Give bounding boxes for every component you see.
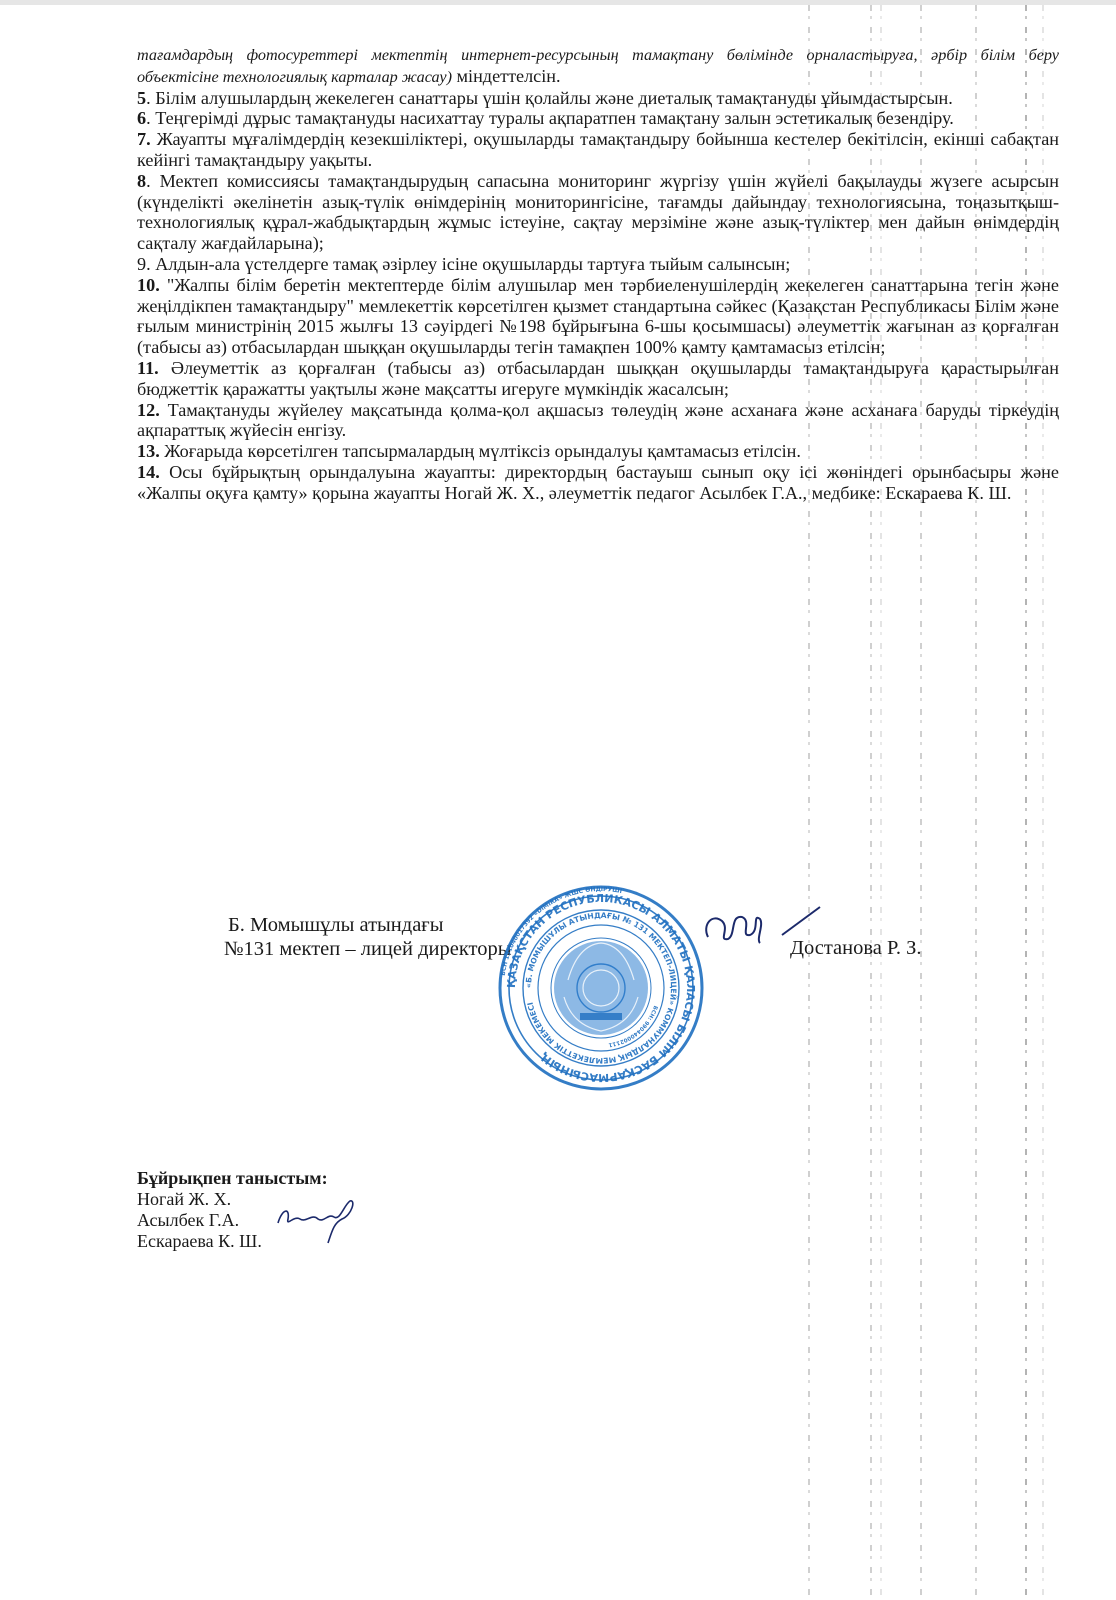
item-number: 13. (137, 441, 160, 461)
item-number: 12. (137, 400, 160, 420)
list-item-9: 9. Алдын-ала үстелдерге тамақ әзірлеу іс… (137, 254, 1059, 275)
item-text: Әлеуметтік аз қорғалған (табысы аз) отба… (137, 358, 1059, 399)
list-item-5: 5. Білім алушылардың жекелеген санаттары… (137, 88, 1059, 109)
item-number: 11. (137, 358, 159, 378)
item-text: "Жалпы білім беретін мектептерде білім а… (137, 275, 1059, 357)
director-title-line: №131 мектеп – лицей директоры (224, 937, 512, 961)
document-body: тағамдардың фотосуреттері мектептің инте… (137, 44, 1059, 504)
item-text: Мектеп комиссиясы тамақтандырудың сапасы… (137, 171, 1059, 253)
continuation-tail: міндеттелсін. (452, 66, 561, 86)
official-stamp-icon: БСН 131040017392 «DIMIRA» ЖШС ӨНДІРУШІ Қ… (498, 885, 704, 1091)
acknowledgement-title: Бұйрықпен таныстым: (137, 1168, 328, 1189)
item-number: 8 (137, 171, 146, 191)
director-signature-block: Б. Момышұлы атындағы №131 мектеп – лицей… (224, 913, 512, 961)
item-number: 9. (137, 254, 151, 274)
list-item-14: 14. Осы бұйрықтың орындалуына жауапты: д… (137, 462, 1059, 504)
item-number: 7. (137, 129, 151, 149)
item-text: Теңгерімді дұрыс тамақтануды насихаттау … (151, 108, 954, 128)
item-number: 6 (137, 108, 146, 128)
item-number: 10. (137, 275, 160, 295)
school-name-line: Б. Момышұлы атындағы (224, 913, 512, 937)
list-item-12: 12. Тамақтануды жүйелеу мақсатында қолма… (137, 400, 1059, 442)
item-text: Білім алушылардың жекелеген санаттары үш… (151, 88, 953, 108)
item-text: Алдын-ала үстелдерге тамақ әзірлеу ісіне… (151, 254, 791, 274)
acknowledgement-signature-icon (272, 1195, 362, 1247)
director-signature-icon (700, 895, 830, 965)
list-item-13: 13. Жоғарыда көрсетілген тапсырмалардың … (137, 441, 1059, 462)
item-text: Тамақтануды жүйелеу мақсатында қолма-қол… (137, 400, 1059, 441)
item-text: Жоғарыда көрсетілген тапсырмалардың мүлт… (160, 441, 801, 461)
list-item-11: 11. Әлеуметтік аз қорғалған (табысы аз) … (137, 358, 1059, 400)
list-item-8: 8. Мектеп комиссиясы тамақтандырудың сап… (137, 171, 1059, 254)
item-text: Осы бұйрықтың орындалуына жауапты: дирек… (137, 462, 1059, 503)
list-item-6: 6. Теңгерімді дұрыс тамақтануды насихатт… (137, 108, 1059, 129)
item-number: 5 (137, 88, 146, 108)
continuation-italic: тағамдардың фотосуреттері мектептің инте… (137, 46, 1059, 86)
continuation-paragraph: тағамдардың фотосуреттері мектептің инте… (137, 44, 1059, 88)
scan-top-band (0, 0, 1116, 5)
item-text: Жауапты мұғалімдердің кезекшіліктері, оқ… (137, 129, 1059, 170)
list-item-10: 10. "Жалпы білім беретін мектептерде біл… (137, 275, 1059, 358)
item-number: 14. (137, 462, 160, 482)
list-item-7: 7. Жауапты мұғалімдердің кезекшіліктері,… (137, 129, 1059, 171)
